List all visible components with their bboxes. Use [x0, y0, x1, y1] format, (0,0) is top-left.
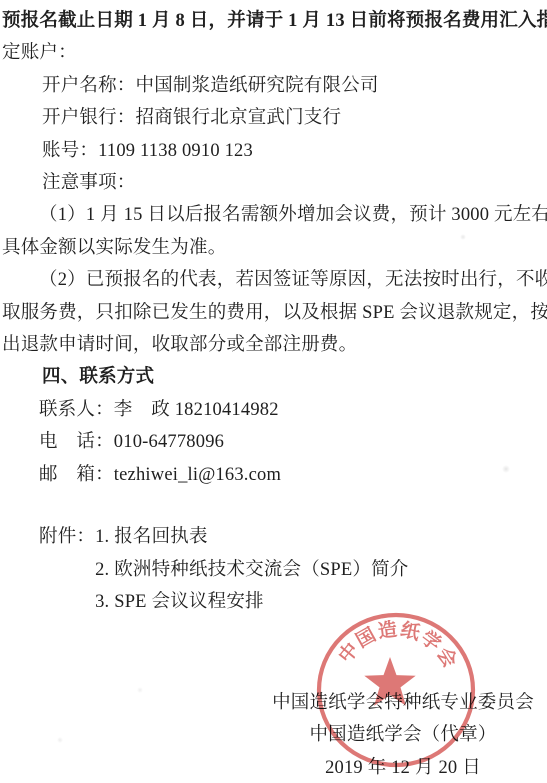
- notes-item2-line2: 取服务费，只扣除已发生的费用，以及根据 SPE 会议退款规定，按提: [2, 297, 545, 329]
- seal-arc-text: 中国造纸学会: [333, 617, 462, 673]
- notes-title: 注意事项：: [2, 167, 545, 199]
- attachments-block: 附件： 1. 报名回执表 2. 欧洲特种纸技术交流会（SPE）简介 3. SPE…: [2, 521, 545, 618]
- account-name-line: 开户名称：中国制浆造纸研究院有限公司: [2, 70, 545, 102]
- signature-org-line1: 中国造纸学会特种纸专业委员会: [267, 687, 539, 719]
- notes-item1-line2: 具体金额以实际发生为准。: [2, 232, 545, 264]
- account-number-line: 账号：1109 1138 0910 123: [2, 135, 545, 167]
- signature-org-line2: 中国造纸学会（代章）: [267, 719, 539, 751]
- attachment-item: 3. SPE 会议议程安排: [95, 586, 408, 618]
- contact-person-line: 联系人：李 政 18210414982: [2, 394, 545, 426]
- deadline-line-2: 定账户：: [2, 37, 545, 69]
- notes-item2-line1: （2）已预报名的代表，若因签证等原因，无法按时出行，不收: [2, 264, 545, 296]
- notes-item1-line1: （1）1 月 15 日以后报名需额外增加会议费，预计 3000 元左右，: [2, 199, 545, 231]
- account-bank-line: 开户银行：招商银行北京宣武门支行: [2, 102, 545, 134]
- contact-phone-line: 电 话：010-64778096: [2, 426, 545, 458]
- attachment-item: 2. 欧洲特种纸技术交流会（SPE）简介: [95, 554, 408, 586]
- attachment-item: 1. 报名回执表: [95, 521, 408, 553]
- signature-block: 中国造纸学会特种纸专业委员会 中国造纸学会（代章） 2019 年 12 月 20…: [267, 687, 539, 783]
- contact-email-line: 邮 箱：tezhiwei_li@163.com: [2, 459, 545, 491]
- attachments-label: 附件：: [39, 521, 95, 553]
- signature-date: 2019 年 12 月 20 日: [267, 752, 539, 783]
- contact-section-heading: 四、联系方式: [2, 361, 545, 393]
- attachments-list: 1. 报名回执表 2. 欧洲特种纸技术交流会（SPE）简介 3. SPE 会议议…: [95, 521, 408, 618]
- document-page: 预报名截止日期 1 月 8 日，并请于 1 月 13 日前将预报名费用汇入指 定…: [0, 0, 547, 783]
- notes-item2-line3: 出退款申请时间，收取部分或全部注册费。: [2, 329, 545, 361]
- deadline-line-1: 预报名截止日期 1 月 8 日，并请于 1 月 13 日前将预报名费用汇入指: [2, 5, 545, 37]
